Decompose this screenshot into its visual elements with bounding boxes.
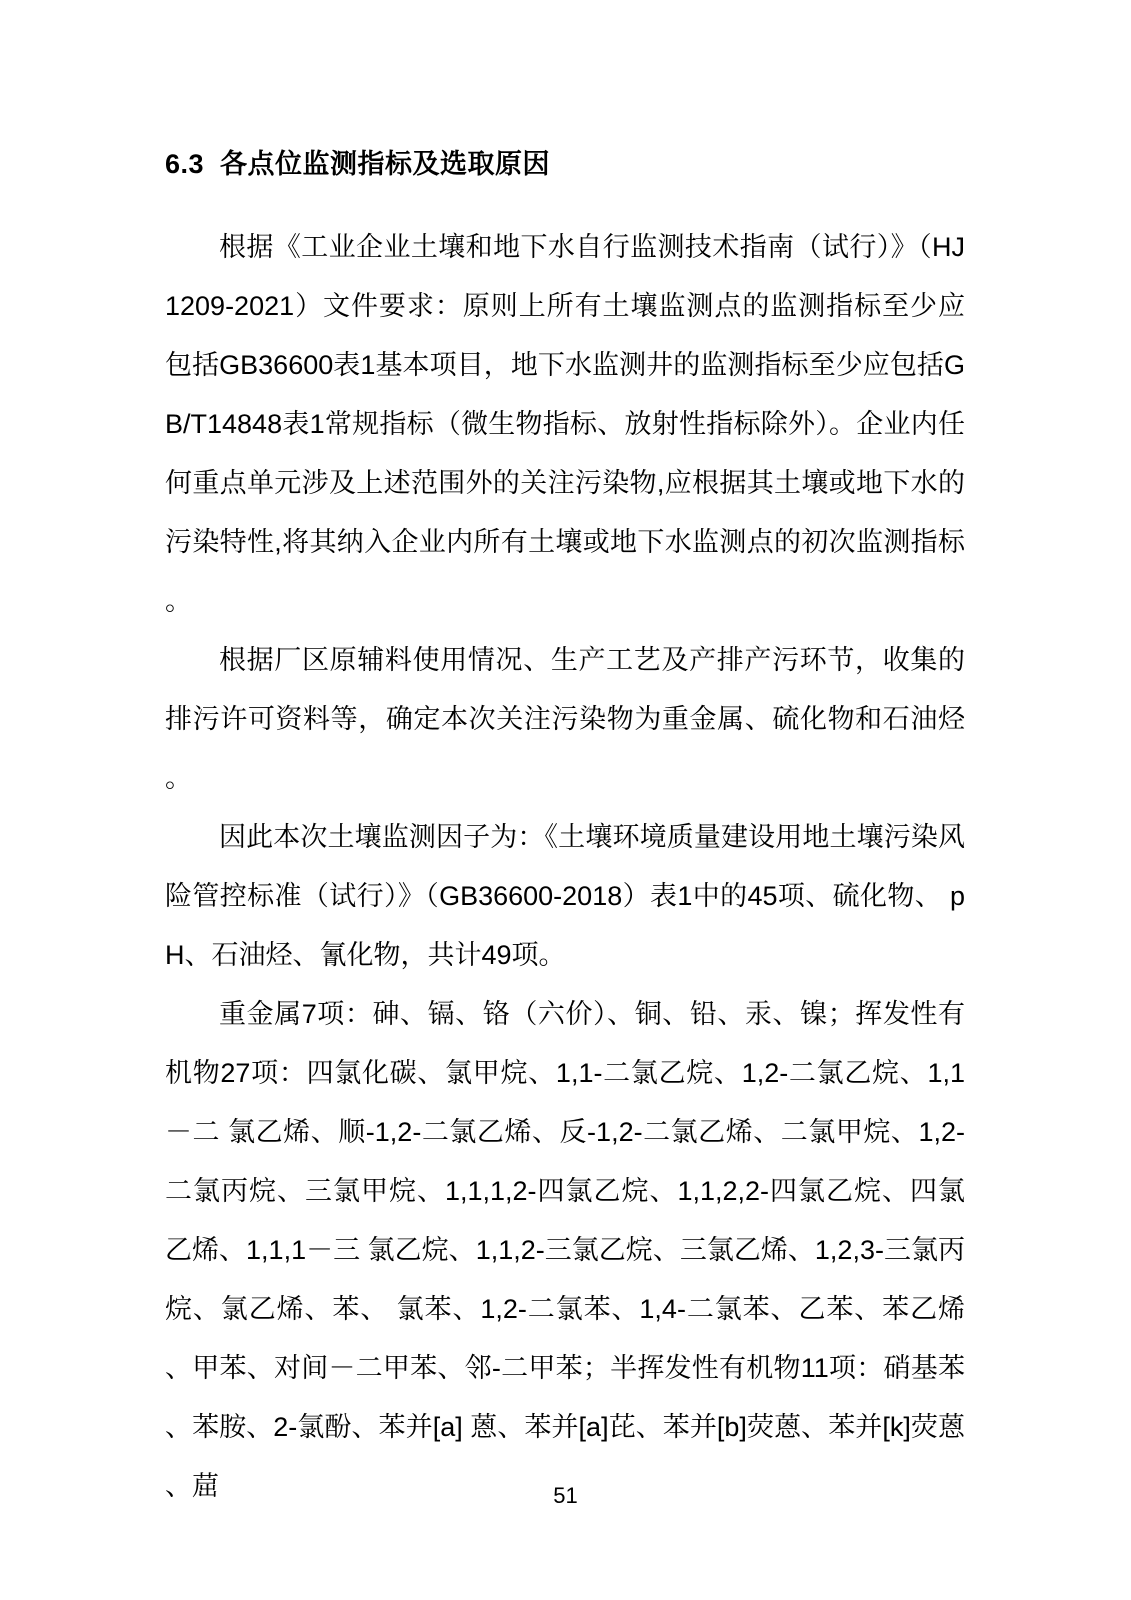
paragraph-monitoring-requirements: 根据《工业企业土壤和地下水自行监测技术指南（试行）》（HJ1209-2021）文… bbox=[165, 218, 965, 631]
paragraph-soil-monitoring-factors: 因此本次土壤监测因子为：《土壤环境质量建设用地土壤污染风险管控标准（试行）》（G… bbox=[165, 808, 965, 985]
page-number: 51 bbox=[0, 1483, 1131, 1509]
paragraph-pollutant-identification: 根据厂区原辅料使用情况、生产工艺及产排产污环节，收集的排污许可资料等，确定本次关… bbox=[165, 631, 965, 808]
paragraph-indicator-list: 重金属7项：砷、镉、铬（六价）、铜、铅、汞、镍；挥发性有机物27项：四氯化碳、氯… bbox=[165, 985, 965, 1516]
body-text: 根据《工业企业土壤和地下水自行监测技术指南（试行）》（HJ1209-2021）文… bbox=[165, 218, 965, 1516]
section-number: 6.3 bbox=[165, 149, 204, 179]
document-page: 6.3各点位监测指标及选取原因 根据《工业企业土壤和地下水自行监测技术指南（试行… bbox=[0, 0, 1131, 1600]
section-title: 各点位监测指标及选取原因 bbox=[220, 149, 550, 179]
section-heading: 6.3各点位监测指标及选取原因 bbox=[165, 147, 550, 181]
